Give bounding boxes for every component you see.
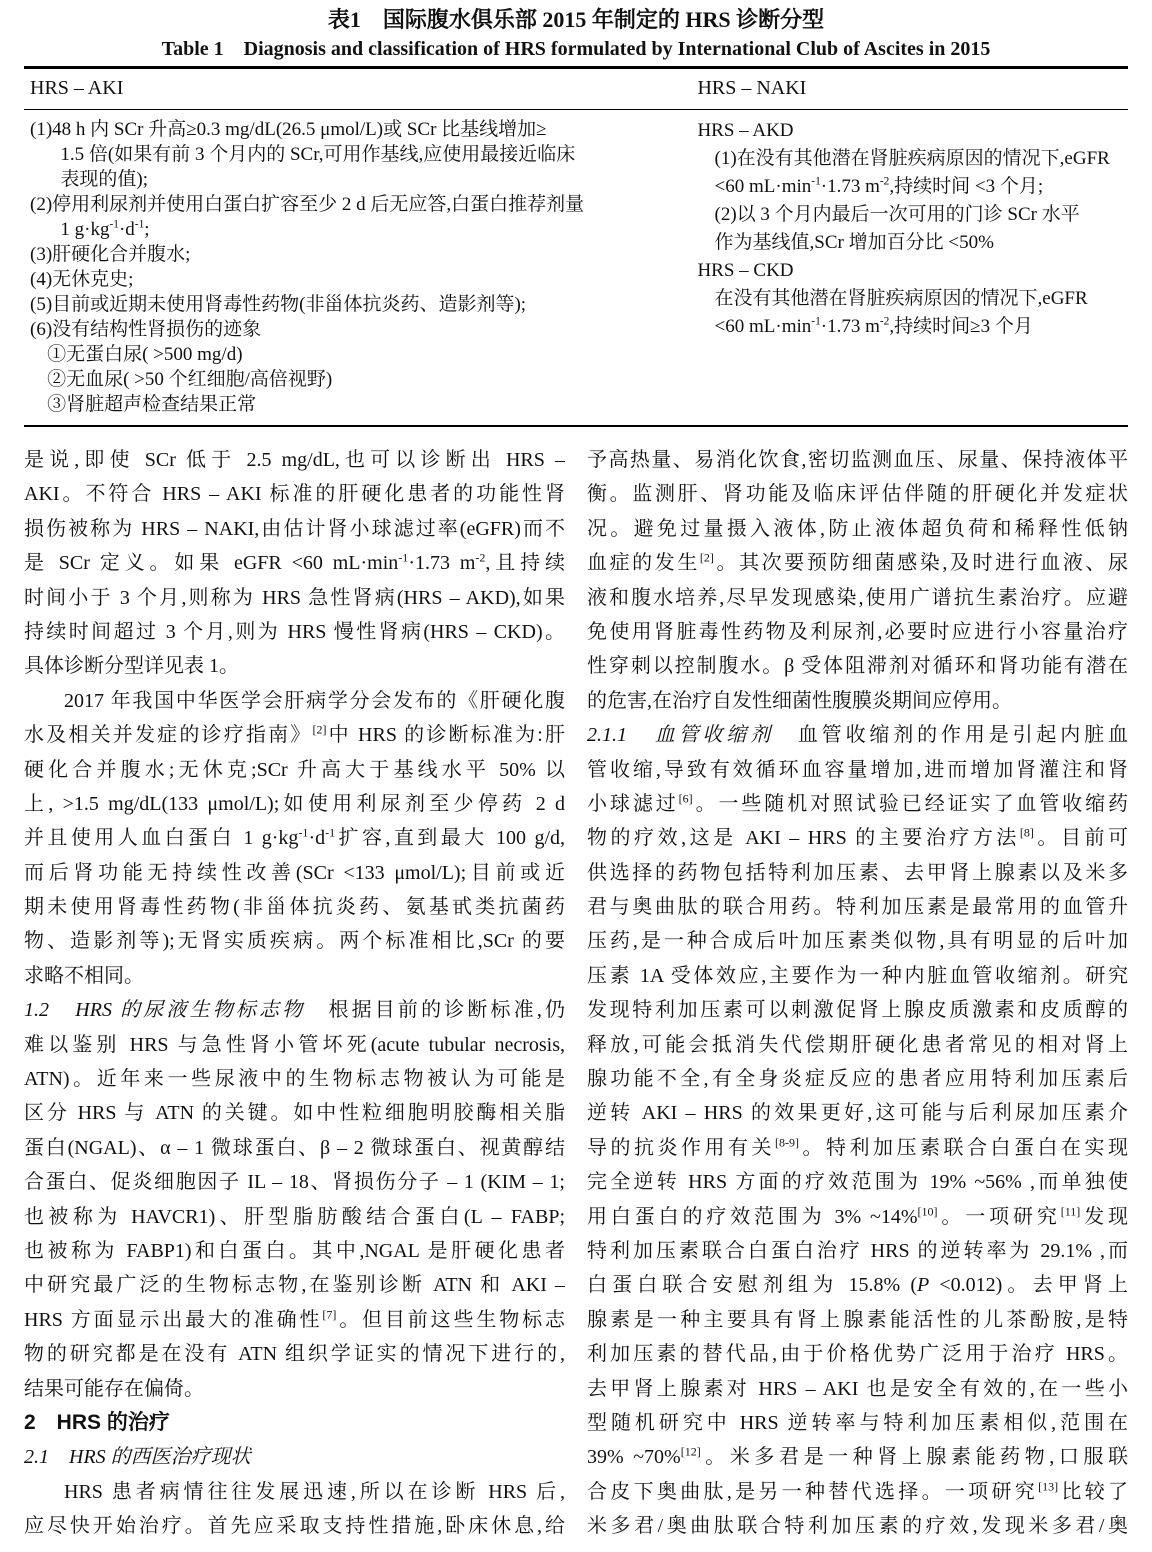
body-right-column: 予高热量、易消化饮食,密切监测血压、尿量、保持液体平衡。监测肝、肾功能及临床评估… (587, 443, 1128, 1544)
text-line: 区分 HRS 与 ATN 的关键。如中性粒细胞明胶酶相关脂 (24, 1096, 565, 1130)
table-header-hrs-naki: HRS – NAKI (697, 69, 1128, 109)
body-columns: 是说,即使 SCr 低于 2.5 mg/dL,也可以诊断出 HRS –AKI。不… (24, 443, 1128, 1544)
text-line: 免使用肾脏毒性药物及利尿剂,必要时应进行小容量治疗 (587, 615, 1128, 649)
text-line: 君与奥曲肽的联合用药。特利加压素是最常用的血管升 (587, 890, 1128, 924)
text-line: 39% ~70%[12]。米多君是一种肾上腺素能药物,口服联 (587, 1440, 1128, 1474)
text-line: 合蛋白、促炎细胞因子 IL – 18、肾损伤分子 – 1 (KIM – 1; (24, 1165, 565, 1199)
text-line: 利加压素的替代品,由于价格优势广泛用于治疗 HRS。 (587, 1337, 1128, 1371)
table-header-row: HRS – AKI HRS – NAKI (24, 69, 1128, 110)
text-line: 并且使用人血白蛋白 1 g·kg-1·d-1扩容,直到最大 100 g/d, (24, 821, 565, 855)
text-line: HRS 患者病情往往发展迅速,所以在诊断 HRS 后, (24, 1475, 565, 1509)
text-line: 物的疗效,这是 AKI – HRS 的主要治疗方法[8]。目前可 (587, 821, 1128, 855)
text-line: 2017 年我国中华医学会肝病学分会发布的《肝硬化腹 (24, 684, 565, 718)
table-header-hrs-aki: HRS – AKI (24, 69, 697, 109)
text-line: 发现特利加压素可以刺激促肾上腺皮质激素和皮质醇的 (587, 993, 1128, 1027)
text-line: (2)以 3 个月内最后一次可用的门诊 SCr 水平 (697, 201, 1128, 229)
text-line: (6)没有结构性肾损伤的迹象 (30, 317, 697, 342)
text-line: ③肾脏超声检查结果正常 (30, 392, 697, 417)
text-line: 也被称为 FABP1)和白蛋白。其中,NGAL 是肝硬化患者 (24, 1234, 565, 1268)
text-line: 管收缩,导致有效循环血容量增加,进而增加肾灌注和肾 (587, 753, 1128, 787)
text-line: 硬化合并腹水;无休克;SCr 升高大于基线水平 50% 以 (24, 753, 565, 787)
text-line: 特利加压素联合白蛋白治疗 HRS 的逆转率为 29.1% ,而 (587, 1234, 1128, 1268)
text-line: 衡。监测肝、肾功能及临床评估伴随的肝硬化并发症状 (587, 477, 1128, 511)
text-line: 1 g·kg-1·d-1; (30, 217, 697, 242)
text-line: 腺素是一种主要具有肾上腺素能活性的儿茶酚胺,是特 (587, 1303, 1128, 1337)
text-line: ATN)。近年来一些尿液中的生物标志物被认为可能是 (24, 1062, 565, 1096)
table-caption-zh: 表1 国际腹水俱乐部 2015 年制定的 HRS 诊断分型 (24, 6, 1128, 34)
text-line: 性穿刺以控制腹水。β 受体阻滞剂对循环和肾功能有潜在 (587, 649, 1128, 683)
text-line: 求略不相同。 (24, 959, 565, 993)
text-line: 去甲肾上腺素对 HRS – AKI 也是安全有效的,在一些小 (587, 1372, 1128, 1406)
text-line: 上, >1.5 mg/dL(133 μmol/L);如使用利尿剂至少停药 2 d (24, 787, 565, 821)
text-line: 况。避免过量摄入液体,防止液体超负荷和稀释性低钠 (587, 512, 1128, 546)
text-line: (3)肝硬化合并腹水; (30, 242, 697, 267)
text-line: 是说,即使 SCr 低于 2.5 mg/dL,也可以诊断出 HRS – (24, 443, 565, 477)
text-line: 物、造影剂等);无肾实质疾病。两个标准相比,SCr 的要 (24, 924, 565, 958)
text-line: 白蛋白联合安慰剂组为 15.8% (P <0.012)。去甲肾上 (587, 1268, 1128, 1302)
text-line: 血症的发生[2]。其次要预防细菌感染,及时进行血液、尿 (587, 546, 1128, 580)
text-line: 小球滤过[6]。一些随机对照试验已经证实了血管收缩药 (587, 787, 1128, 821)
text-line: (4)无休克史; (30, 267, 697, 292)
text-line: 导的抗炎作用有关[8-9]。特利加压素联合白蛋白在实现 (587, 1131, 1128, 1165)
text-line: 水及相关并发症的诊疗指南》[2]中 HRS 的诊断标准为:肝 (24, 718, 565, 752)
text-line: 持续时间超过 3 个月,则为 HRS 慢性肾病(HRS – CKD)。 (24, 615, 565, 649)
text-line: 的危害,在治疗自发性细菌性腹膜炎期间应停用。 (587, 684, 1128, 718)
text-line: 也被称为 HAVCR1)、肝型脂肪酸结合蛋白(L – FABP; (24, 1200, 565, 1234)
text-line: 期未使用肾毒性药物(非甾体抗炎药、氨基甙类抗菌药 (24, 890, 565, 924)
text-line: 液和腹水培养,尽早发现感染,使用广谱抗生素治疗。应避 (587, 581, 1128, 615)
text-line: 损伤被称为 HRS – NAKI,由估计肾小球滤过率(eGFR)而不 (24, 512, 565, 546)
text-line: 中研究最广泛的生物标志物,在鉴别诊断 ATN 和 AKI – (24, 1268, 565, 1302)
text-line: <60 mL·min-1·1.73 m-2,持续时间 <3 个月; (697, 173, 1128, 201)
text-line: ①无蛋白尿( >500 mg/d) (30, 342, 697, 367)
text-line: (5)目前或近期未使用肾毒性药物(非甾体抗炎药、造影剂等); (30, 292, 697, 317)
text-line: 米多君/奥曲肽联合特利加压素的疗效,发现米多君/奥 (587, 1509, 1128, 1543)
text-line: 1.5 倍(如果有前 3 个月内的 SCr,可用作基线,应使用最接近临床 (30, 142, 697, 167)
text-line: (1)在没有其他潜在肾脏疾病原因的情况下,eGFR (697, 145, 1128, 173)
text-line: 用白蛋白的疗效范围为 3% ~14%[10]。一项研究[11]发现 (587, 1200, 1128, 1234)
text-line: <60 mL·min-1·1.73 m-2,持续时间≥3 个月 (697, 313, 1128, 341)
text-line: 腺功能不全,有全身炎症反应的患者应用特利加压素后 (587, 1062, 1128, 1096)
text-line: 难以鉴别 HRS 与急性肾小管坏死(acute tubular necrosis… (24, 1028, 565, 1062)
text-line: 压素 1A 受体效应,主要作为一种内脏血管收缩剂。研究 (587, 959, 1128, 993)
text-line: (2)停用利尿剂并使用白蛋白扩容至少 2 d 后无应答,白蛋白推荐剂量 (30, 192, 697, 217)
body-left-column: 是说,即使 SCr 低于 2.5 mg/dL,也可以诊断出 HRS –AKI。不… (24, 443, 565, 1544)
text-line: 2.1 HRS 的西医治疗现状 (24, 1440, 565, 1474)
table-cell-hrs-naki: HRS – AKD(1)在没有其他潜在肾脏疾病原因的情况下,eGFR<60 mL… (697, 117, 1128, 417)
text-line: 在没有其他潜在肾脏疾病原因的情况下,eGFR (697, 285, 1128, 313)
diagnosis-table: HRS – AKI HRS – NAKI (1)48 h 内 SCr 升高≥0.… (24, 66, 1128, 427)
text-line: 型随机研究中 HRS 逆转率与特利加压素相似,范围在 (587, 1406, 1128, 1440)
text-line: 合皮下奥曲肽,是另一种替代选择。一项研究[13]比较了 (587, 1475, 1128, 1509)
text-line: 释放,可能会抵消失代偿期肝硬化患者常见的相对肾上 (587, 1028, 1128, 1062)
text-line: HRS 方面显示出最大的准确性[7]。但目前这些生物标志 (24, 1303, 565, 1337)
text-line: 1.2 HRS 的尿液生物标志物 根据目前的诊断标准,仍 (24, 993, 565, 1027)
table-cell-hrs-aki: (1)48 h 内 SCr 升高≥0.3 mg/dL(26.5 μmol/L)或… (24, 117, 697, 417)
text-line: 予高热量、易消化饮食,密切监测血压、尿量、保持液体平 (587, 443, 1128, 477)
text-line: 时间小于 3 个月,则称为 HRS 急性肾病(HRS – AKD),如果 (24, 581, 565, 615)
text-line: 压药,是一种合成后叶加压素类似物,具有明显的后叶加 (587, 924, 1128, 958)
text-line: 供选择的药物包括特利加压素、去甲肾上腺素以及米多 (587, 856, 1128, 890)
text-line: 结果可能存在偏倚。 (24, 1372, 565, 1406)
text-line: 完全逆转 HRS 方面的疗效范围为 19% ~56% ,而单独使 (587, 1165, 1128, 1199)
text-line: 2.1.1 血管收缩剂 血管收缩剂的作用是引起内脏血 (587, 718, 1128, 752)
text-line: 物的研究都是在没有 ATN 组织学证实的情况下进行的, (24, 1337, 565, 1371)
text-line: 逆转 AKI – HRS 的效果更好,这可能与后利尿加压素介 (587, 1096, 1128, 1130)
text-line: (1)48 h 内 SCr 升高≥0.3 mg/dL(26.5 μmol/L)或… (30, 117, 697, 142)
text-line: AKI。不符合 HRS – AKI 标准的肝硬化患者的功能性肾 (24, 477, 565, 511)
text-line: 应尽快开始治疗。首先应采取支持性措施,卧床休息,给 (24, 1509, 565, 1543)
text-line: ②无血尿( >50 个红细胞/高倍视野) (30, 367, 697, 392)
text-line: 是 SCr 定义。如果 eGFR <60 mL·min-1·1.73 m-2,且… (24, 546, 565, 580)
text-line: 具体诊断分型详见表 1。 (24, 649, 565, 683)
text-line: 蛋白(NGAL)、α – 1 微球蛋白、β – 2 微球蛋白、视黄醇结 (24, 1131, 565, 1165)
text-line: 2 HRS 的治疗 (24, 1406, 565, 1440)
journal-page: 表1 国际腹水俱乐部 2015 年制定的 HRS 诊断分型 Table 1 Di… (0, 0, 1152, 1552)
text-line: HRS – CKD (697, 257, 1128, 285)
table-caption-en: Table 1 Diagnosis and classification of … (24, 36, 1128, 62)
text-line: 表现的值); (30, 167, 697, 192)
text-line: 作为基线值,SCr 增加百分比 <50% (697, 229, 1128, 257)
table-body-row: (1)48 h 内 SCr 升高≥0.3 mg/dL(26.5 μmol/L)或… (24, 110, 1128, 425)
text-line: 而后肾功能无持续性改善(SCr <133 μmol/L);目前或近 (24, 856, 565, 890)
text-line: HRS – AKD (697, 117, 1128, 145)
